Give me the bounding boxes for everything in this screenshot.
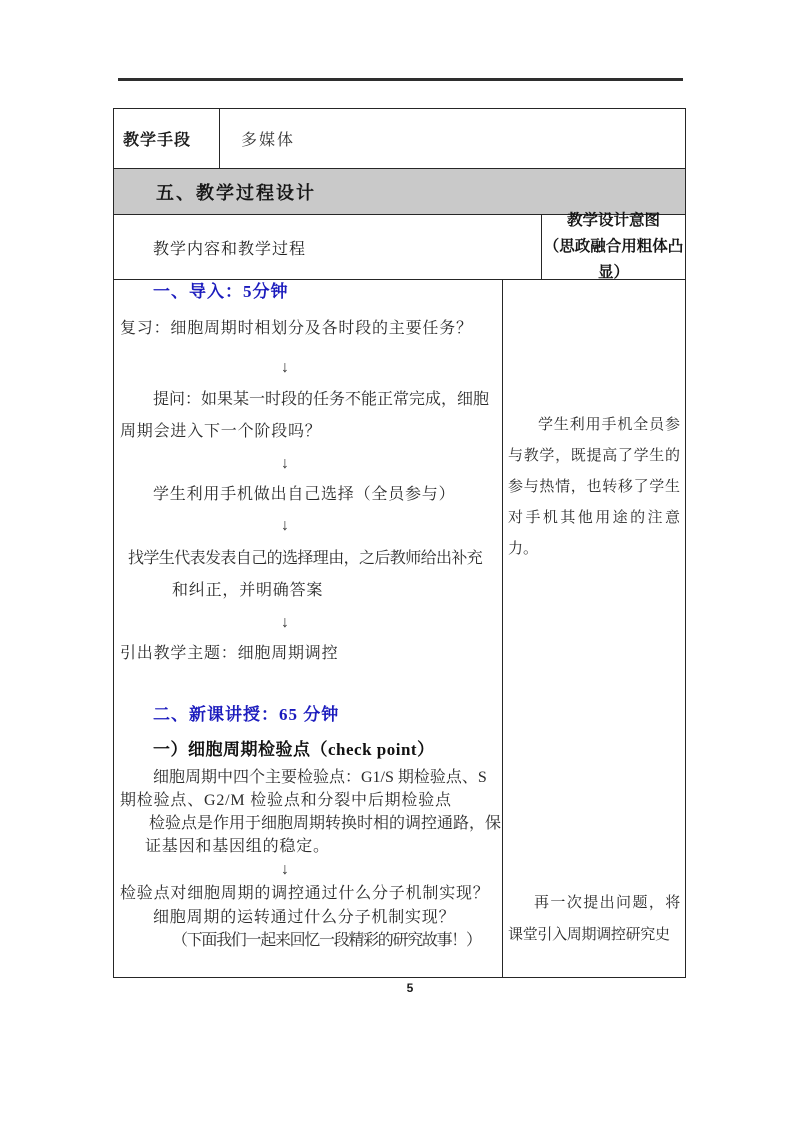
document-page: 教学手段 多媒体 五、教学过程设计 教学内容和教学过程 教学设计意图 （思政融合…: [0, 0, 799, 1131]
process-line: 细胞周期的运转通过什么分子机制实现？: [120, 906, 455, 930]
right-column-header-line2: （思政融合用粗体凸显）: [542, 234, 685, 286]
teaching-method-label: 教学手段: [114, 109, 220, 168]
teaching-process-cell: 一、导入：5分钟 复习：细胞周期时相划分及各时段的主要任务？ ↓ 提问：如果某一…: [114, 280, 503, 977]
right-column-header-line1: 教学设计意图: [542, 208, 685, 234]
header-rule: [118, 78, 683, 81]
process-line: 和纠正，并明确答案: [120, 579, 323, 603]
process-line: （下面我们一起来回忆一段精彩的研究故事！）: [120, 929, 481, 953]
process-line: 检验点是作用于细胞周期转换时相的调控通路，保: [120, 812, 501, 836]
process-line: 细胞周期中四个主要检验点：G1/S 期检验点、S: [120, 766, 487, 790]
left-column-header: 教学内容和教学过程: [114, 215, 542, 279]
lecture-heading: 二、新课讲授：65 分钟: [120, 703, 339, 727]
process-line: 引出教学主题：细胞周期调控: [120, 642, 338, 666]
process-line: 找学生代表发表自己的选择理由，之后教师给出补充: [120, 547, 482, 571]
process-line: 期检验点、G2/M 检验点和分裂中后期检验点: [120, 789, 452, 813]
checkpoint-heading: 一）细胞周期检验点（check point）: [120, 738, 435, 762]
column-header-row: 教学内容和教学过程 教学设计意图 （思政融合用粗体凸显）: [114, 215, 685, 280]
down-arrow-icon: ↓: [120, 452, 450, 476]
content-row: 一、导入：5分钟 复习：细胞周期时相划分及各时段的主要任务？ ↓ 提问：如果某一…: [114, 280, 685, 977]
down-arrow-icon: ↓: [120, 858, 450, 882]
intro-heading: 一、导入：5分钟: [120, 280, 289, 304]
page-number: 5: [0, 981, 799, 995]
process-line: 证基因和基因组的稳定。: [120, 835, 330, 859]
process-line: 复习：细胞周期时相划分及各时段的主要任务？: [120, 317, 473, 341]
right-column-header: 教学设计意图 （思政融合用粗体凸显）: [542, 215, 685, 279]
teaching-method-row: 教学手段 多媒体: [114, 109, 685, 169]
down-arrow-icon: ↓: [120, 356, 450, 380]
down-arrow-icon: ↓: [120, 514, 450, 538]
design-intent-cell: 学生利用手机全员参与教学，既提高了学生的参与热情，也转移了学生对手机其他用途的注…: [503, 280, 685, 977]
lesson-plan-table: 教学手段 多媒体 五、教学过程设计 教学内容和教学过程 教学设计意图 （思政融合…: [113, 108, 686, 978]
process-line: 检验点对细胞周期的调控通过什么分子机制实现？: [120, 882, 490, 906]
down-arrow-icon: ↓: [120, 611, 450, 635]
design-intent-note: 再一次提出问题，将课堂引入周期调控研究史: [508, 887, 680, 951]
design-intent-note: 学生利用手机全员参与教学，既提高了学生的参与热情，也转移了学生对手机其他用途的注…: [508, 410, 680, 565]
teaching-method-value: 多媒体: [220, 109, 685, 168]
process-line: 周期会进入下一个阶段吗？: [120, 420, 322, 444]
process-line: 学生利用手机做出自己选择（全员参与）: [120, 483, 455, 507]
process-line: 提问：如果某一时段的任务不能正常完成，细胞: [120, 388, 489, 412]
